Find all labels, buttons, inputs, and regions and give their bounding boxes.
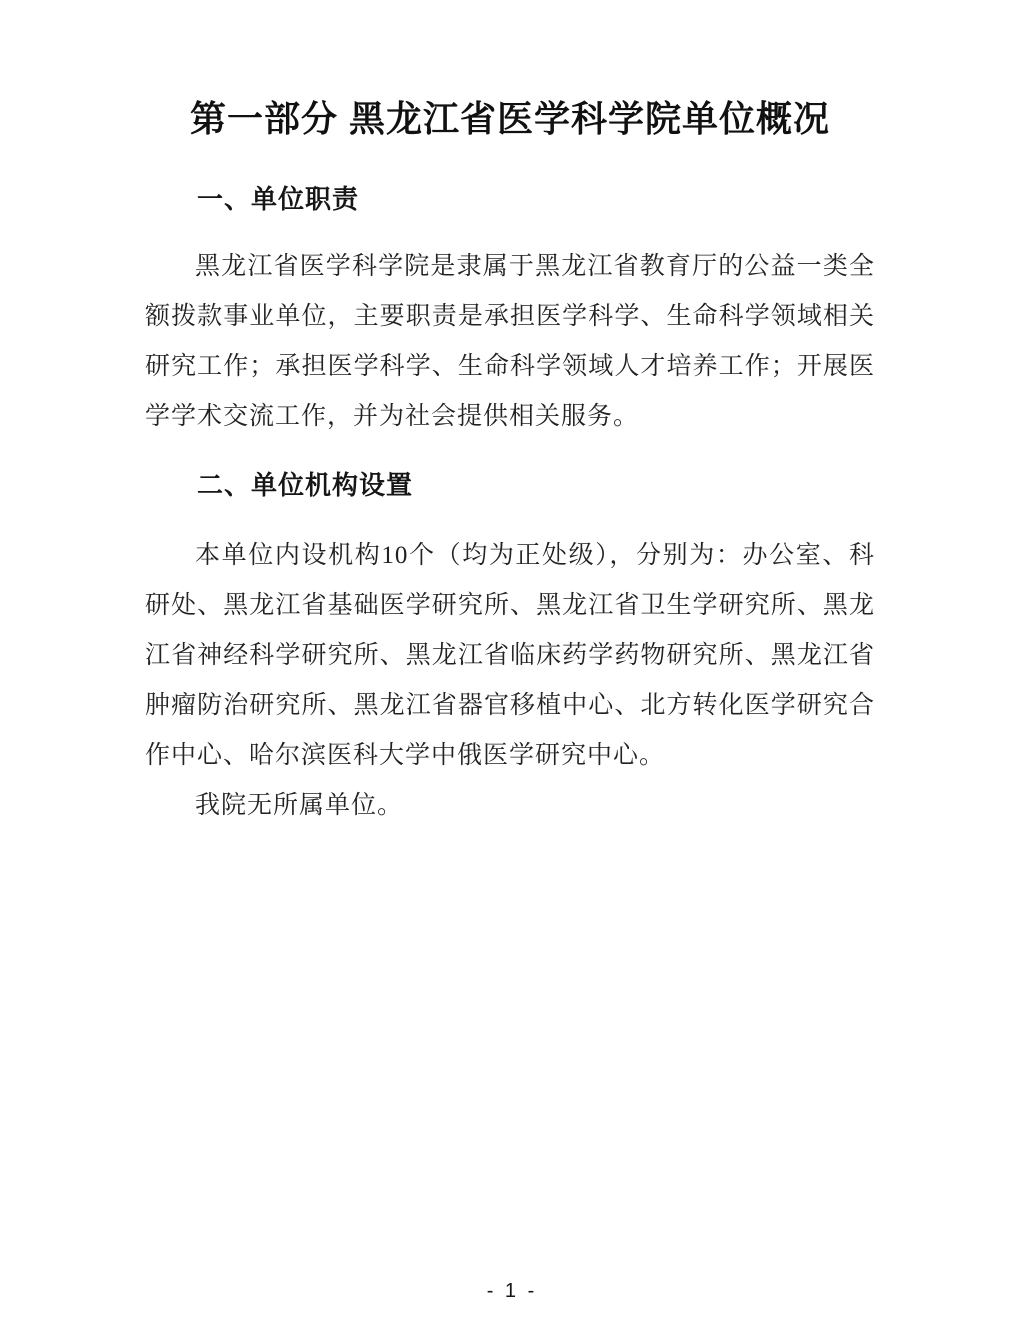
section-1-paragraph: 黑龙江省医学科学院是隶属于黑龙江省教育厅的公益一类全额拨款事业单位，主要职责是承…: [145, 242, 875, 442]
section-2-heading: 二、单位机构设置: [145, 469, 875, 501]
section-2-paragraph-2: 我院无所属单位。: [145, 781, 875, 831]
page-footer: - 1 -: [0, 1280, 1024, 1303]
section-2-paragraph-1: 本单位内设机构10个（均为正处级），分别为：办公室、科研处、黑龙江省基础医学研究…: [145, 531, 875, 781]
document-title: 第一部分 黑龙江省医学科学院单位概况: [145, 0, 875, 142]
document-content: 第一部分 黑龙江省医学科学院单位概况 一、单位职责 黑龙江省医学科学院是隶属于黑…: [0, 0, 1024, 831]
section-1-heading: 一、单位职责: [145, 183, 875, 215]
page-number: - 1 -: [487, 1280, 538, 1302]
document-page: 第一部分 黑龙江省医学科学院单位概况 一、单位职责 黑龙江省医学科学院是隶属于黑…: [0, 0, 1024, 1325]
